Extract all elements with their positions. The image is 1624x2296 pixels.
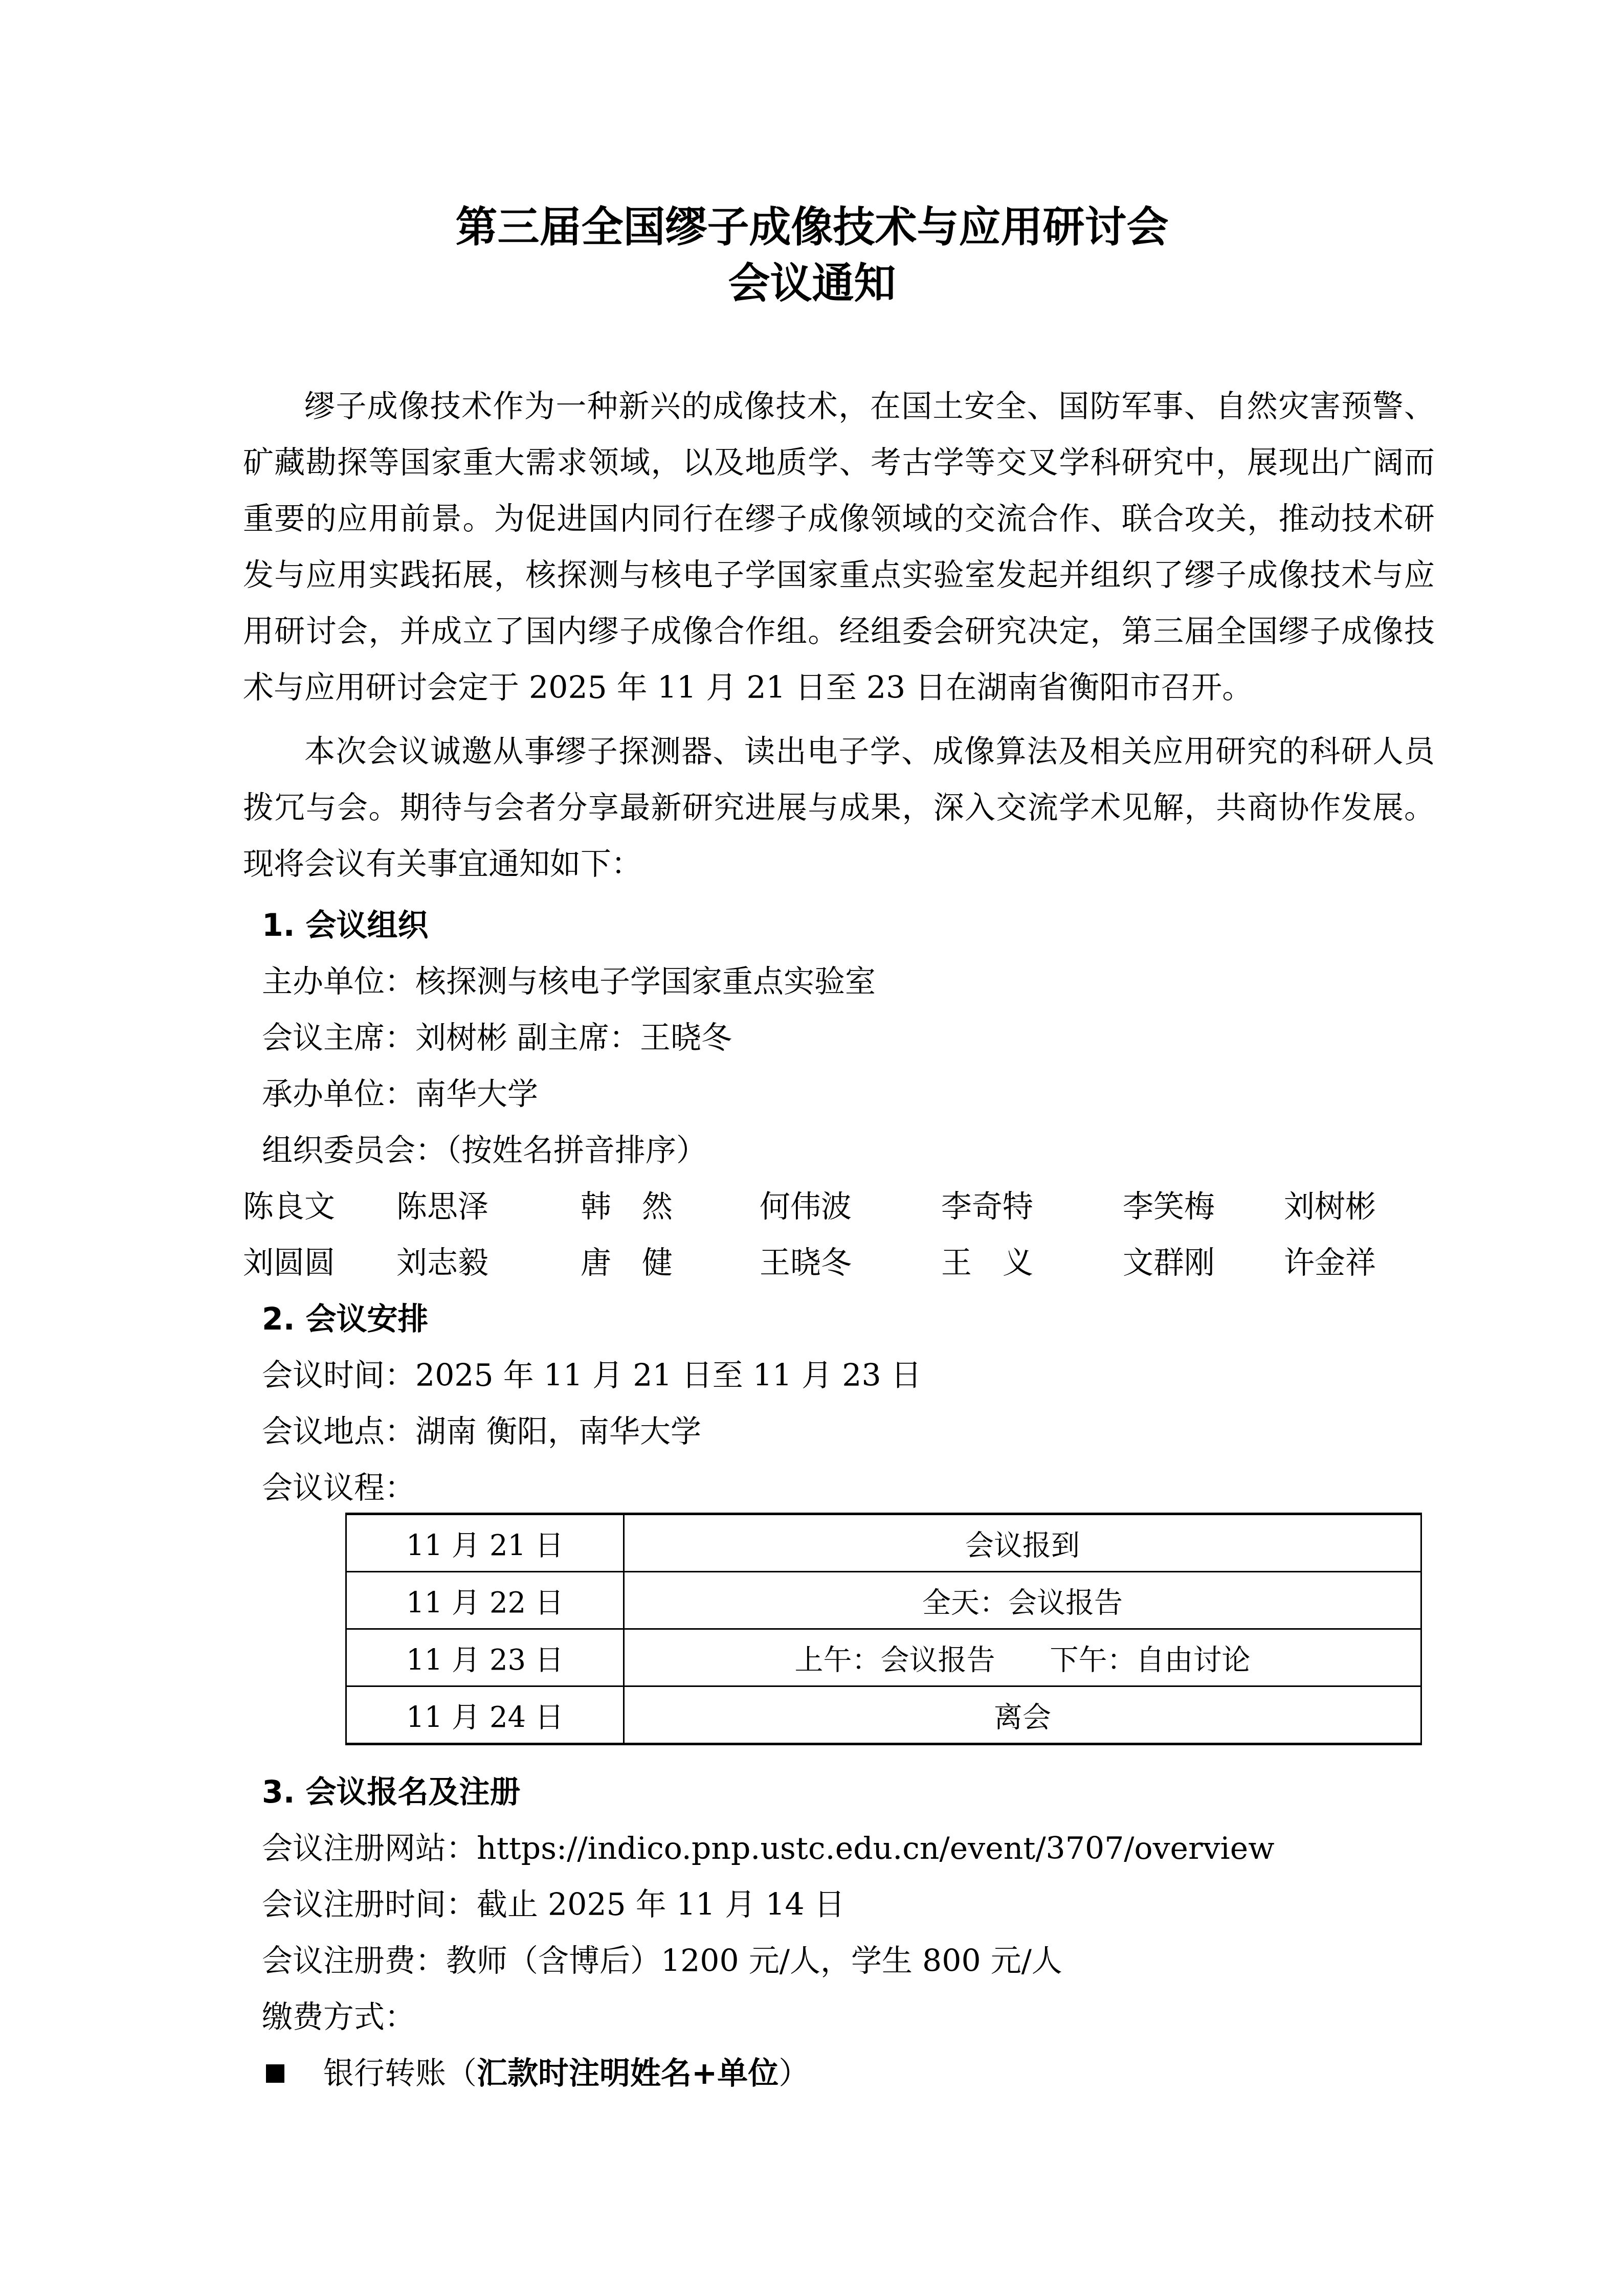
agenda-item: 会议报到 — [624, 1514, 1421, 1572]
host-unit: 主办单位：核探测与核电子学国家重点实验室 — [262, 961, 876, 1002]
committee-member: 刘志毅 — [396, 1243, 488, 1284]
agenda-date: 11 月 22 日 — [346, 1572, 624, 1629]
intro-paragraph: 缪子成像技术作为一种新兴的成像技术，在国土安全、国防军事、自然灾害预警、矿藏勘探… — [243, 378, 1435, 716]
agenda-item: 上午：会议报告 下午：自由讨论 — [624, 1629, 1421, 1686]
payment-method-item: 银行转账（汇款时注明姓名+单位） — [266, 2053, 809, 2094]
agenda-row: 11 月 23 日 上午：会议报告 下午：自由讨论 — [346, 1629, 1421, 1686]
payment-method-note: 汇款时注明姓名+单位 — [477, 2056, 778, 2091]
agenda-item: 全天：会议报告 — [624, 1572, 1421, 1629]
document-title: 第三届全国缪子成像技术与应用研讨会 — [0, 202, 1624, 253]
committee-member: 何伟波 — [760, 1186, 852, 1227]
agenda-table: 11 月 21 日 会议报到 11 月 22 日 全天：会议报告 11 月 23… — [345, 1513, 1422, 1745]
committee-member: 韩 然 — [581, 1186, 673, 1227]
payment-label: 缴费方式： — [262, 1997, 415, 2038]
document-page: 第三届全国缪子成像技术与应用研讨会 会议通知 缪子成像技术作为一种新兴的成像技术… — [0, 0, 1624, 2296]
payment-method-text: 银行转账（ — [323, 2056, 477, 2091]
agenda-date: 11 月 21 日 — [346, 1514, 624, 1572]
conference-time: 会议时间：2025 年 11 月 21 日至 11 月 23 日 — [262, 1355, 922, 1396]
committee-member: 刘树彬 — [1284, 1186, 1376, 1227]
registration-website-link[interactable]: https://indico.pnp.ustc.edu.cn/event/370… — [477, 1831, 1275, 1866]
committee-member: 李奇特 — [941, 1186, 1033, 1227]
agenda-item: 离会 — [624, 1686, 1421, 1744]
registration-deadline: 会议注册时间：截止 2025 年 11 月 14 日 — [262, 1884, 845, 1925]
organizer-unit: 承办单位：南华大学 — [262, 1074, 538, 1115]
agenda-row: 11 月 22 日 全天：会议报告 — [346, 1572, 1421, 1629]
agenda-label: 会议议程： — [262, 1468, 415, 1509]
agenda-date: 11 月 23 日 — [346, 1629, 624, 1686]
registration-website-label: 会议注册网站： — [262, 1831, 477, 1866]
committee-member: 陈良文 — [243, 1186, 335, 1227]
payment-method-close: ） — [778, 2056, 809, 2091]
committee-member: 陈思泽 — [396, 1186, 488, 1227]
committee-member: 唐 健 — [581, 1243, 673, 1284]
registration-website: 会议注册网站：https://indico.pnp.ustc.edu.cn/ev… — [262, 1828, 1275, 1869]
committee-member: 王晓冬 — [760, 1243, 852, 1284]
section3-heading: 3. 会议报名及注册 — [262, 1772, 520, 1813]
section2-heading: 2. 会议安排 — [262, 1299, 428, 1340]
square-bullet-icon — [266, 2064, 284, 2083]
section1-heading: 1. 会议组织 — [262, 905, 428, 946]
conference-venue: 会议地点：湖南 衡阳，南华大学 — [262, 1411, 701, 1452]
committee-member: 李笑梅 — [1123, 1186, 1215, 1227]
committee-member: 刘圆圆 — [243, 1243, 335, 1284]
committee-member: 王 义 — [941, 1243, 1033, 1284]
conference-chair: 会议主席：刘树彬 副主席：王晓冬 — [262, 1018, 732, 1059]
invite-paragraph: 本次会议诚邀从事缪子探测器、读出电子学、成像算法及相关应用研究的科研人员拨冗与会… — [243, 724, 1435, 892]
agenda-date: 11 月 24 日 — [346, 1686, 624, 1744]
document-subtitle: 会议通知 — [0, 258, 1624, 309]
committee-member: 文群刚 — [1123, 1243, 1215, 1284]
agenda-row: 11 月 21 日 会议报到 — [346, 1514, 1421, 1572]
committee-member: 许金祥 — [1284, 1243, 1376, 1284]
registration-fee: 会议注册费：教师（含博后）1200 元/人，学生 800 元/人 — [262, 1941, 1062, 1982]
agenda-row: 11 月 24 日 离会 — [346, 1686, 1421, 1744]
committee-label: 组织委员会：（按姓名拼音排序） — [262, 1130, 707, 1171]
